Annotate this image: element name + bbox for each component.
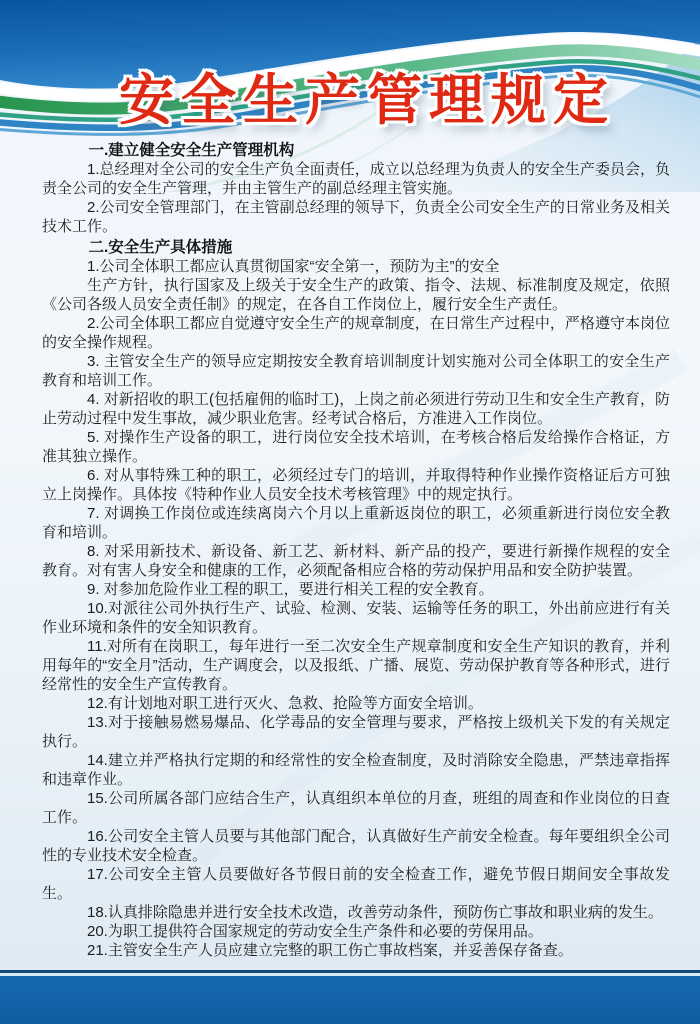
regulation-paragraph: 7. 对调换工作岗位或连续离岗六个月以上重新返岗位的职工，必须重新进行岗位安全教… <box>42 504 670 542</box>
regulation-paragraph: 2.公司全体职工都应自觉遵守安全生产的规章制度，在日常生产过程中，严格遵守本岗位… <box>42 314 670 352</box>
regulation-paragraph: 6. 对从事特殊工种的职工，必须经过专门的培训，并取得特种作业操作资格证后方可独… <box>42 466 670 504</box>
regulation-paragraph: 10.对派往公司外执行生产、试验、检测、安装、运输等任务的职工，外出前应进行有关… <box>42 599 670 637</box>
regulation-paragraph: 12.有计划地对职工进行灭火、急救、抢险等方面安全培训。 <box>42 694 670 713</box>
regulation-paragraph: 15.公司所属各部门应结合生产，认真组织本单位的月查，班组的周查和作业岗位的日查… <box>42 789 670 827</box>
regulation-paragraph: 4. 对新招收的职工(包括雇佣的临时工)，上岗之前必须进行劳动卫生和安全生产教育… <box>42 390 670 428</box>
poster-title: 安全生产管理规定 <box>0 56 700 135</box>
regulation-paragraph: 1.公司全体职工都应认真贯彻国家“安全第一，预防为主”的安全 <box>42 257 670 276</box>
section-heading: 二.安全生产具体措施 <box>42 238 670 257</box>
regulation-paragraph: 5. 对操作生产设备的职工，进行岗位安全技术培训，在考核合格后发给操作合格证，方… <box>42 428 670 466</box>
regulation-paragraph: 17.公司安全主管人员要做好各节假日前的安全检查工作，避免节假日期间安全事故发生… <box>42 865 670 903</box>
regulation-paragraph: 8. 对采用新技术、新设备、新工艺、新材料、新产品的投产，要进行新操作规程的安全… <box>42 542 670 580</box>
footer-blue-bar <box>0 976 700 1024</box>
regulation-paragraph: 18.认真排除隐患并进行安全技术改造，改善劳动条件，预防伤亡事故和职业病的发生。 <box>42 903 670 922</box>
regulation-paragraph: 13.对于接触易燃易爆品、化学毒品的安全管理与要求，严格按上级机关下发的有关规定… <box>42 713 670 751</box>
footer <box>0 970 700 1024</box>
regulation-paragraph: 14.建立并严格执行定期的和经常性的安全检查制度，及时消除安全隐患，严禁违章指挥… <box>42 751 670 789</box>
regulation-paragraph: 16.公司安全主管人员要与其他部门配合，认真做好生产前安全检查。每年要组织全公司… <box>42 827 670 865</box>
section-heading: 一.建立健全安全生产管理机构 <box>42 141 670 160</box>
regulation-paragraph: 3. 主管安全生产的领导应定期按安全教育培训制度计划实施对公司全体职工的安全生产… <box>42 352 670 390</box>
regulation-paragraph: 9. 对参加危险作业工程的职工，要进行相关工程的安全教育。 <box>42 580 670 599</box>
regulation-paragraph: 11.对所有在岗职工，每年进行一至二次安全生产规章制度和安全生产知识的教育，并利… <box>42 637 670 694</box>
safety-regulations-poster: 安全生产管理规定 一.建立健全安全生产管理机构1.总经理对全公司的安全生产负全面… <box>0 0 700 1024</box>
regulation-paragraph: 2.公司安全管理部门，在主管副总经理的领导下，负责全公司安全生产的日常业务及相关… <box>42 198 670 236</box>
regulation-paragraph: 1.总经理对全公司的安全生产负全面责任，成立以总经理为负责人的安全生产委员会，负… <box>42 160 670 198</box>
regulation-paragraph: 20.为职工提供符合国家规定的劳动安全生产条件和必要的劳保用品。 <box>42 922 670 941</box>
regulation-paragraph: 21.主管安全生产人员应建立完整的职工伤亡事故档案，并妥善保存备查。 <box>42 941 670 960</box>
content: 一.建立健全安全生产管理机构1.总经理对全公司的安全生产负全面责任，成立以总经理… <box>42 139 670 960</box>
regulation-paragraph: 生产方针，执行国家及上级关于安全生产的政策、指令、法规、标准制度及规定，依照《公… <box>42 276 670 314</box>
